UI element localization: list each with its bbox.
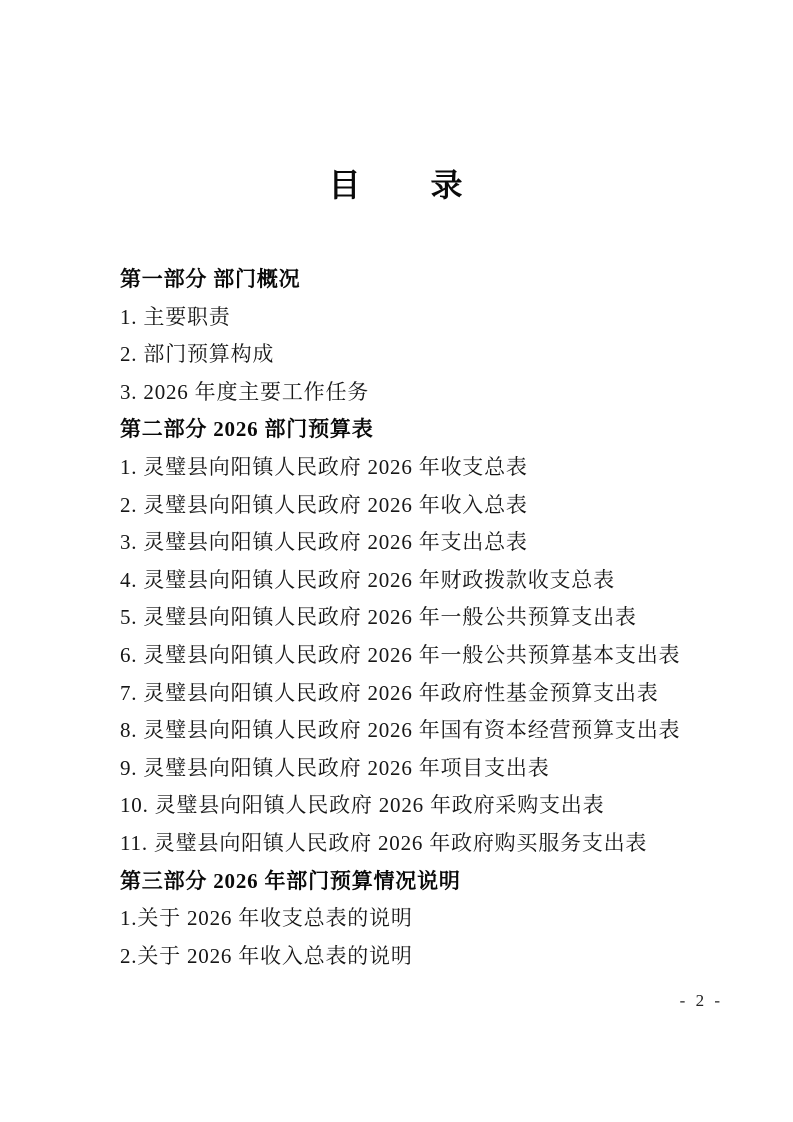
toc-item: 6. 灵璧县向阳镇人民政府 2026 年一般公共预算基本支出表 (120, 637, 733, 675)
toc-item: 3. 灵璧县向阳镇人民政府 2026 年支出总表 (120, 524, 733, 562)
toc-item: 4. 灵璧县向阳镇人民政府 2026 年财政拨款收支总表 (120, 562, 733, 600)
document-page: 目 录 第一部分 部门概况 1. 主要职责 2. 部门预算构成 3. 2026 … (0, 0, 793, 1122)
toc-item: 1. 主要职责 (120, 299, 733, 337)
toc-item: 10. 灵璧县向阳镇人民政府 2026 年政府采购支出表 (120, 787, 733, 825)
toc-item: 8. 灵璧县向阳镇人民政府 2026 年国有资本经营预算支出表 (120, 712, 733, 750)
toc-item: 1.关于 2026 年收支总表的说明 (120, 900, 733, 938)
toc-item: 1. 灵璧县向阳镇人民政府 2026 年收支总表 (120, 449, 733, 487)
toc-item: 5. 灵璧县向阳镇人民政府 2026 年一般公共预算支出表 (120, 599, 733, 637)
toc-section-2-heading: 第二部分 2026 部门预算表 (120, 411, 733, 449)
toc-item: 2.关于 2026 年收入总表的说明 (120, 938, 733, 976)
toc-item: 3. 2026 年度主要工作任务 (120, 374, 733, 412)
page-number: - 2 - (680, 991, 723, 1011)
toc-content: 第一部分 部门概况 1. 主要职责 2. 部门预算构成 3. 2026 年度主要… (120, 261, 733, 975)
toc-item: 11. 灵璧县向阳镇人民政府 2026 年政府购买服务支出表 (120, 825, 733, 863)
toc-section-1-heading: 第一部分 部门概况 (120, 261, 733, 299)
toc-item: 9. 灵璧县向阳镇人民政府 2026 年项目支出表 (120, 750, 733, 788)
toc-section-3-heading: 第三部分 2026 年部门预算情况说明 (120, 863, 733, 901)
toc-item: 2. 部门预算构成 (120, 336, 733, 374)
page-title: 目 录 (0, 160, 793, 206)
toc-item: 2. 灵璧县向阳镇人民政府 2026 年收入总表 (120, 487, 733, 525)
toc-item: 7. 灵璧县向阳镇人民政府 2026 年政府性基金预算支出表 (120, 675, 733, 713)
